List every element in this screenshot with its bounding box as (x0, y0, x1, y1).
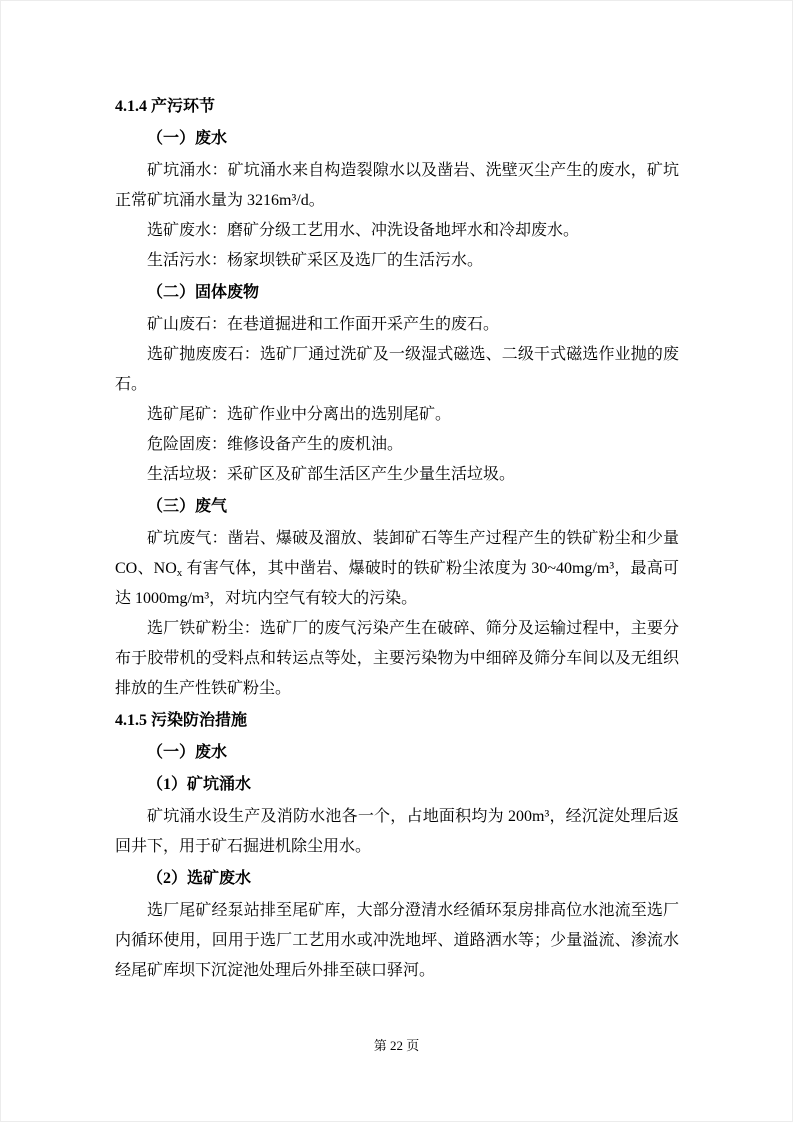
section-heading: 4.1.4 产污环节 (115, 92, 679, 122)
paragraph: 生活垃圾：采矿区及矿部生活区产生少量生活垃圾。 (115, 460, 679, 490)
paragraph: 矿坑废气：凿岩、爆破及溜放、装卸矿石等生产过程产生的铁矿粉尘和少量CO、NOx … (115, 524, 679, 614)
sub-sub-heading: （2）选矿废水 (115, 864, 679, 894)
page-number: 第 22 页 (374, 1038, 420, 1053)
document-page: 4.1.4 产污环节（一）废水矿坑涌水：矿坑涌水来自构造裂隙水以及凿岩、洗壁灭尘… (0, 0, 793, 1122)
sub-heading: （二）固体废物 (115, 278, 679, 308)
sub-heading: （一）废水 (115, 124, 679, 154)
paragraph: 矿山废石：在巷道掘进和工作面开采产生的废石。 (115, 310, 679, 340)
paragraph: 选厂尾矿经泵站排至尾矿库，大部分澄清水经循环泵房排高位水池流至选厂内循环使用，回… (115, 896, 679, 986)
paragraph: 矿坑涌水：矿坑涌水来自构造裂隙水以及凿岩、洗壁灭尘产生的废水，矿坑正常矿坑涌水量… (115, 156, 679, 216)
paragraph: 选矿抛废废石：选矿厂通过洗矿及一级湿式磁选、二级干式磁选作业抛的废石。 (115, 340, 679, 400)
paragraph: 选矿废水：磨矿分级工艺用水、冲洗设备地坪水和冷却废水。 (115, 216, 679, 246)
paragraph: 生活污水：杨家坝铁矿采区及选厂的生活污水。 (115, 246, 679, 276)
section-heading: 4.1.5 污染防治措施 (115, 706, 679, 736)
paragraph: 选厂铁矿粉尘：选矿厂的废气污染产生在破碎、筛分及运输过程中，主要分布于胶带机的受… (115, 614, 679, 704)
sub-heading: （三）废气 (115, 492, 679, 522)
sub-sub-heading: （1）矿坑涌水 (115, 770, 679, 800)
paragraph: 选矿尾矿：选矿作业中分离出的选别尾矿。 (115, 400, 679, 430)
paragraph: 危险固废：维修设备产生的废机油。 (115, 430, 679, 460)
page-footer: 第 22 页 (1, 1037, 792, 1055)
sub-heading: （一）废水 (115, 738, 679, 768)
document-content: 4.1.4 产污环节（一）废水矿坑涌水：矿坑涌水来自构造裂隙水以及凿岩、洗壁灭尘… (115, 90, 679, 986)
paragraph: 矿坑涌水设生产及消防水池各一个，占地面积均为 200m³，经沉淀处理后返回井下，… (115, 802, 679, 862)
